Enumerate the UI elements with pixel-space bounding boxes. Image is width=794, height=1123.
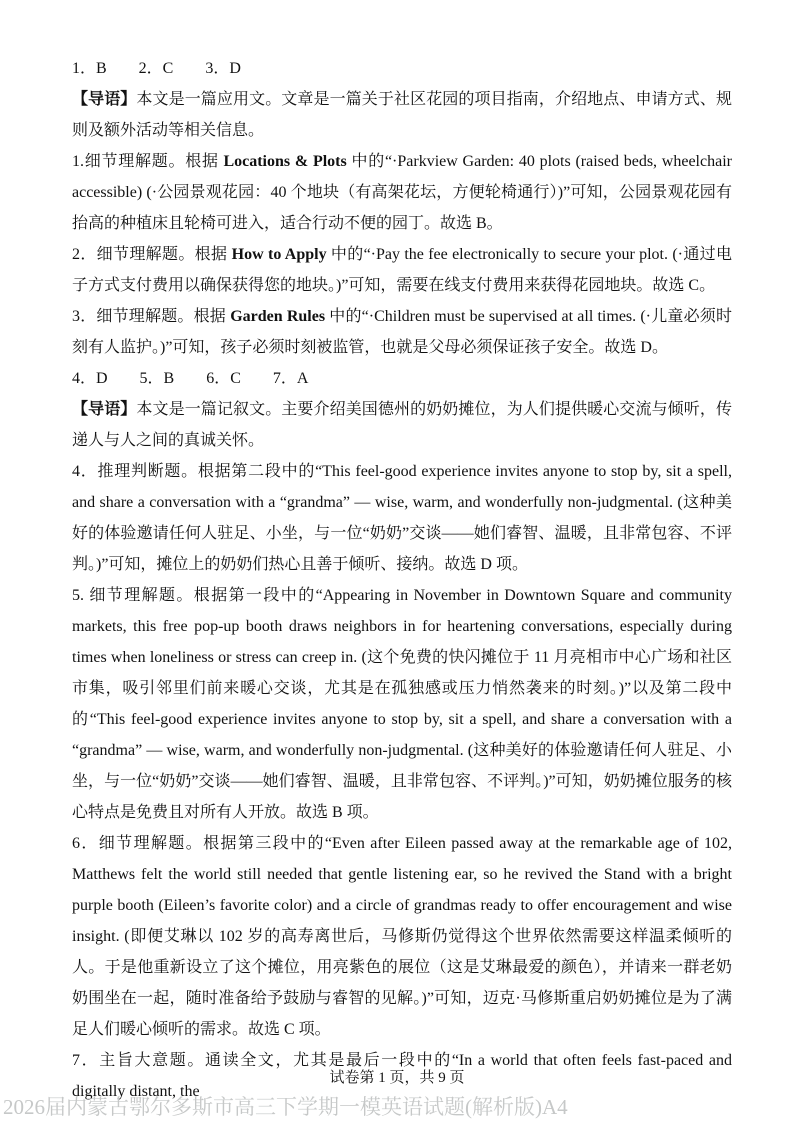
explanation-q2-segment: 2．细节理解题。根据 — [72, 246, 232, 263]
answer-key-1-segment: 1．B 2．C 3．D — [72, 60, 241, 77]
explanation-q6-segment: 6．细节理解题。根据第三段中的“Even after Eileen passed… — [72, 835, 732, 1038]
explanation-q6: 6．细节理解题。根据第三段中的“Even after Eileen passed… — [72, 828, 732, 1045]
watermark: 2026届内蒙古鄂尔多斯市高三下学期一模英语试题(解析版)A4 — [3, 1094, 568, 1120]
explanation-q4-segment: 4．推理判断题。根据第二段中的“This feel-good experienc… — [72, 463, 732, 573]
answer-key-2-segment: 4．D 5．B 6．C 7．A — [72, 370, 308, 387]
answer-key-2: 4．D 5．B 6．C 7．A — [72, 363, 732, 394]
intro-note-2: 【导语】本文是一篇记叙文。主要介绍美国德州的奶奶摊位，为人们提供暖心交流与倾听，… — [72, 394, 732, 456]
document-body: 1．B 2．C 3．D【导语】本文是一篇应用文。文章是一篇关于社区花园的项目指南… — [72, 53, 732, 1107]
explanation-q2-segment: How to Apply — [232, 246, 327, 263]
page-footer: 试卷第 1 页，共 9 页 — [0, 1066, 794, 1090]
intro-note-2-segment: 本文是一篇记叙文。主要介绍美国德州的奶奶摊位，为人们提供暖心交流与倾听，传递人与… — [72, 401, 732, 449]
explanation-q5-segment: 5. 细节理解题。根据第一段中的“Appearing in November i… — [72, 587, 732, 821]
explanation-q1-segment: 1.细节理解题。根据 — [72, 153, 223, 170]
explanation-q5: 5. 细节理解题。根据第一段中的“Appearing in November i… — [72, 580, 732, 828]
explanation-q3: 3．细节理解题。根据 Garden Rules 中的“·Children mus… — [72, 301, 732, 363]
answer-key-1: 1．B 2．C 3．D — [72, 53, 732, 84]
explanation-q3-segment: Garden Rules — [230, 308, 325, 325]
explanation-q2: 2．细节理解题。根据 How to Apply 中的“·Pay the fee … — [72, 239, 732, 301]
intro-note-1: 【导语】本文是一篇应用文。文章是一篇关于社区花园的项目指南，介绍地点、申请方式、… — [72, 84, 732, 146]
explanation-q4: 4．推理判断题。根据第二段中的“This feel-good experienc… — [72, 456, 732, 580]
explanation-q3-segment: 3．细节理解题。根据 — [72, 308, 230, 325]
intro-note-2-segment: 【导语】 — [72, 401, 136, 418]
document-page: 1．B 2．C 3．D【导语】本文是一篇应用文。文章是一篇关于社区花园的项目指南… — [0, 0, 794, 1123]
intro-note-1-segment: 【导语】 — [72, 91, 136, 108]
explanation-q1: 1.细节理解题。根据 Locations & Plots 中的“·Parkvie… — [72, 146, 732, 239]
explanation-q1-segment: Locations & Plots — [223, 153, 346, 170]
intro-note-1-segment: 本文是一篇应用文。文章是一篇关于社区花园的项目指南，介绍地点、申请方式、规则及额… — [72, 91, 732, 139]
